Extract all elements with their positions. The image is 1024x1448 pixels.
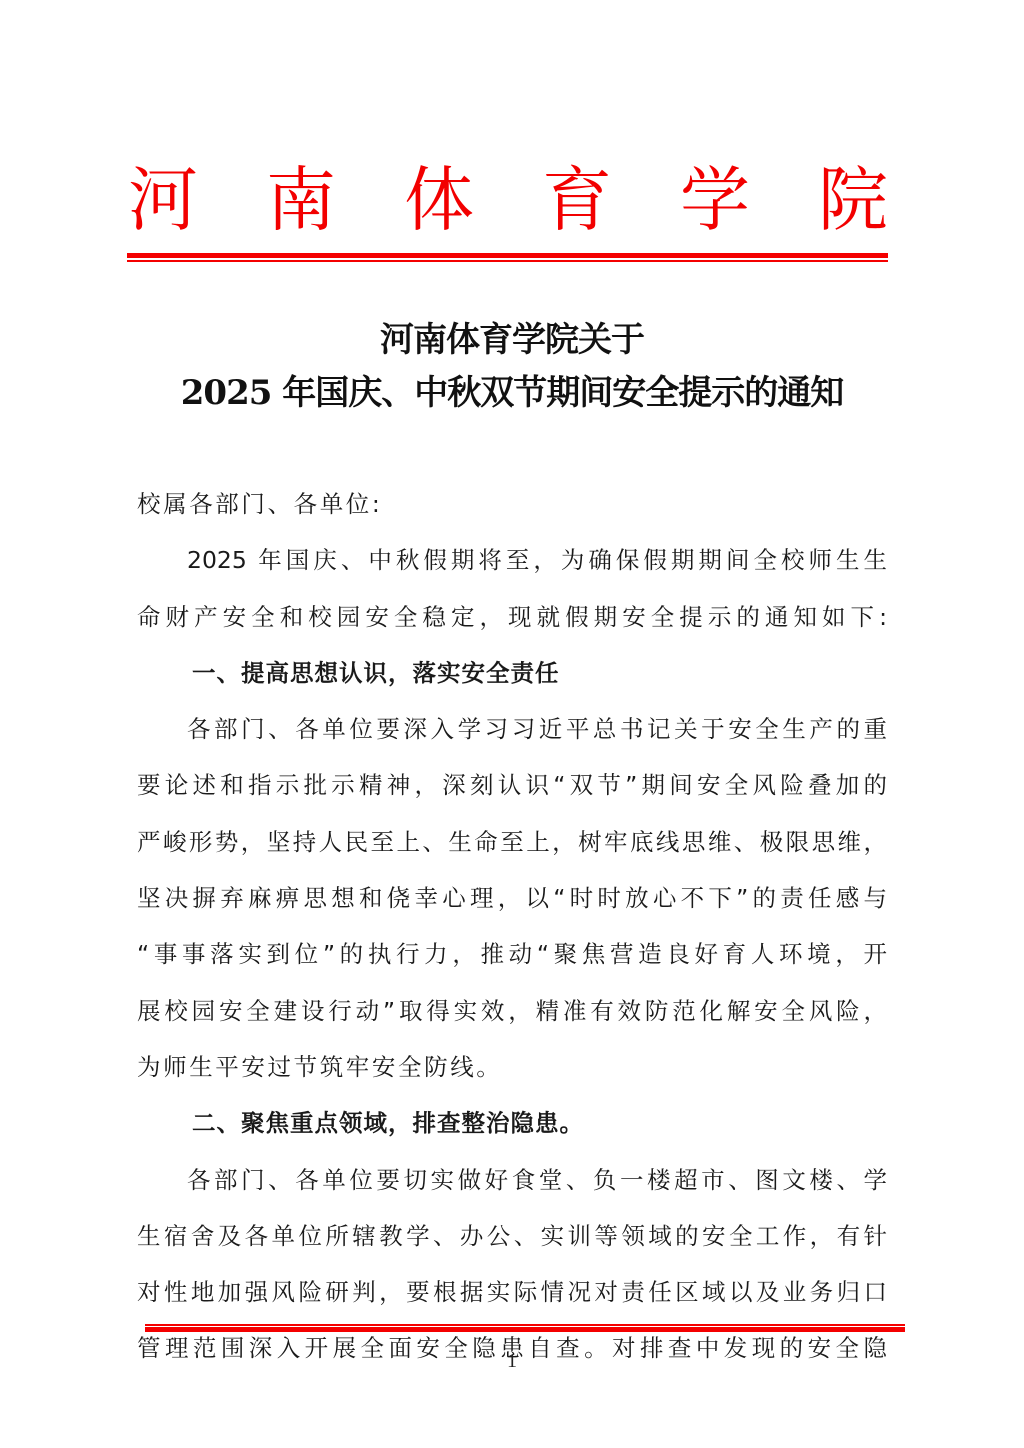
- salutation: 校属各部门、各单位:: [137, 476, 887, 532]
- section-2-line: 生宿舍及各单位所辖教学、办公、实训等领域的安全工作，有针: [137, 1208, 887, 1264]
- section-1-line: “事事落实到位”的执行力，推动“聚焦营造良好育人环境，开: [137, 926, 887, 982]
- document-title-line-1: 河南体育学院关于: [100, 312, 924, 361]
- section-1-line: 展校园安全建设行动”取得实效，精准有效防范化解安全风险，: [137, 983, 887, 1039]
- masthead-char: 育: [542, 160, 612, 240]
- document-title-line-2: 2025 年国庆、中秋双节期间安全提示的通知: [100, 365, 924, 414]
- section-1-line: 要论述和指示批示精神，深刻认识“双节”期间安全风险叠加的: [137, 757, 887, 813]
- masthead-institution-name: 河 南 体 育 学 院: [128, 160, 888, 240]
- section-2-line: 各部门、各单位要切实做好食堂、负一楼超市、图文楼、学: [137, 1152, 887, 1208]
- header-divider-thick: [127, 253, 888, 258]
- masthead-char: 院: [818, 160, 888, 240]
- footer-divider-thin: [145, 1324, 905, 1326]
- document-body: 校属各部门、各单位: 2025 年国庆、中秋假期将至，为确保假期期间全校师生生 …: [137, 476, 887, 1377]
- section-1-line: 严峻形势，坚持人民至上、生命至上，树牢底线思维、极限思维，: [137, 814, 887, 870]
- masthead-char: 体: [404, 160, 474, 240]
- section-heading-1: 一、提高思想认识，落实安全责任: [137, 645, 887, 701]
- footer-divider-thick: [145, 1327, 905, 1332]
- masthead-char: 学: [680, 160, 750, 240]
- section-1-line: 各部门、各单位要深入学习习近平总书记关于安全生产的重: [137, 701, 887, 757]
- section-1-line: 为师生平安过节筑牢安全防线。: [137, 1039, 887, 1095]
- header-divider-thin: [127, 260, 888, 262]
- section-1-line: 坚决摒弃麻痹思想和侥幸心理，以“时时放心不下”的责任感与: [137, 870, 887, 926]
- page-number: 1: [0, 1350, 1024, 1373]
- masthead-char: 南: [266, 160, 336, 240]
- intro-paragraph-line: 命财产安全和校园安全稳定，现就假期安全提示的通知如下:: [137, 589, 887, 645]
- section-2-line: 对性地加强风险研判，要根据实际情况对责任区域以及业务归口: [137, 1264, 887, 1320]
- section-heading-2: 二、聚焦重点领域，排查整治隐患。: [137, 1095, 887, 1151]
- intro-paragraph-line: 2025 年国庆、中秋假期将至，为确保假期期间全校师生生: [137, 532, 887, 588]
- masthead-char: 河: [128, 160, 198, 240]
